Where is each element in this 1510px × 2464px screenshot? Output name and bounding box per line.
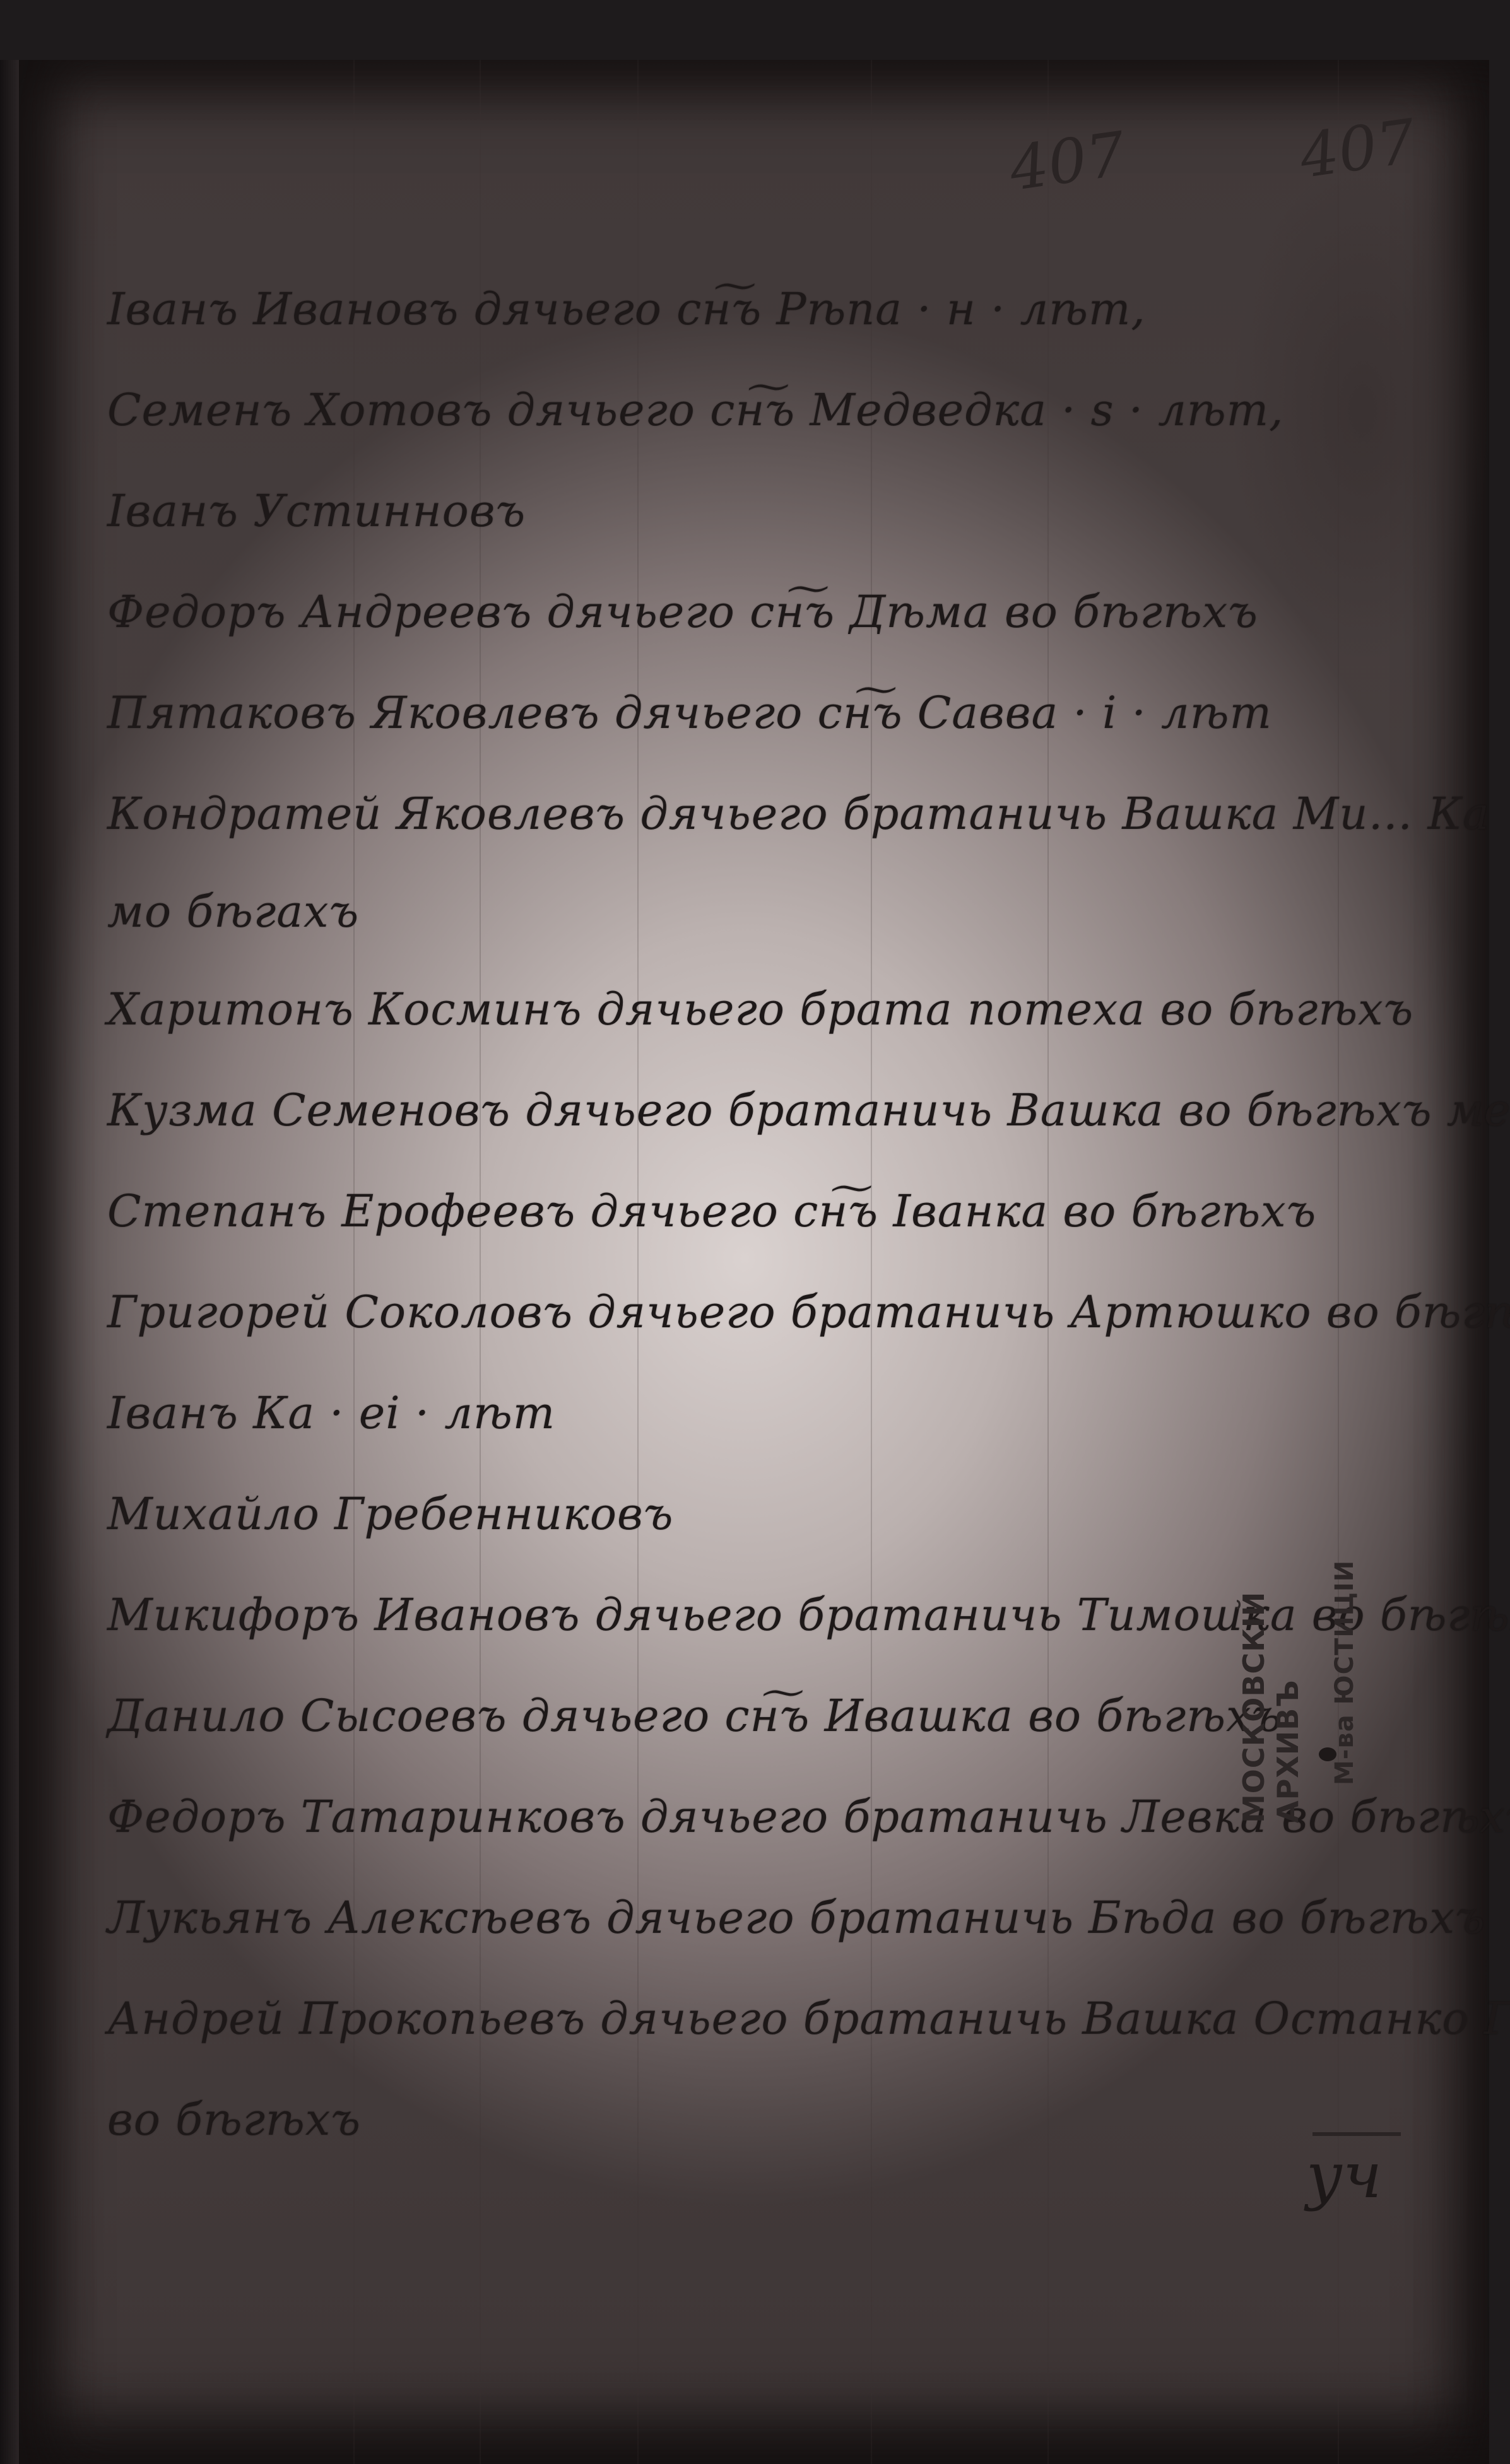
ink-blot <box>1319 1747 1336 1761</box>
manuscript-line: Лукьянъ Алексѣевъ дячьего братаничь Бѣда… <box>107 1867 1306 1968</box>
manuscript-line: Харитонъ Косминъ дячьего брата потеха во… <box>107 959 1306 1060</box>
manuscript-line: Пятаковъ Яковлевъ дячьего сн͠ъ Савва · і… <box>107 662 1306 763</box>
manuscript-line: мо бѣгахъ <box>107 864 1306 959</box>
manuscript-line: Андрей Прокопьевъ дячьего братаничь Вашк… <box>107 1968 1306 2069</box>
manuscript-line: Іванъ Ивановъ дячьего сн͠ъ Рѣпа · н · лѣ… <box>107 259 1306 360</box>
manuscript-line: Степанъ Ерофеевъ дячьего сн͠ъ Іванка во … <box>107 1161 1306 1262</box>
manuscript-line: Кондратей Яковлевъ дячьего братаничь Ваш… <box>107 763 1306 864</box>
manuscript-line: Микифоръ Ивановъ дячьего братаничь Тимош… <box>107 1564 1306 1665</box>
manuscript-text: Іванъ Ивановъ дячьего сн͠ъ Рѣпа · н · лѣ… <box>107 259 1306 2170</box>
manuscript-line: Іванъ Устинновъ <box>107 461 1306 561</box>
marginal-numeral: уч <box>1306 2138 1382 2212</box>
manuscript-line: во бѣгѣхъ <box>107 2069 1306 2170</box>
manuscript-line: Михайло Гребенниковъ <box>107 1464 1306 1564</box>
manuscript-line: Федоръ Андреевъ дячьего сн͠ъ Дѣма во бѣг… <box>107 561 1306 662</box>
binding-edge <box>0 60 19 2464</box>
manuscript-line: Григорей Соколовъ дячьего братаничь Артю… <box>107 1262 1306 1363</box>
archive-stamp-line2: М-ва ЮСТИЦІИ <box>1330 1482 1359 1823</box>
ruling-line <box>1338 60 1339 2464</box>
archive-stamp-line1: МОСКОВСКІЙ АРХИВЪ <box>1237 1482 1305 1823</box>
manuscript-line: Семенъ Хотовъ дячьего сн͠ъ Медведка · ѕ … <box>107 360 1306 461</box>
archive-stamp: МОСКОВСКІЙ АРХИВЪ М-ва ЮСТИЦІИ <box>1237 1482 1350 1823</box>
manuscript-line: Федоръ Татаринковъ дячьего братаничь Лев… <box>107 1766 1306 1867</box>
manuscript-line: Іванъ Ка · еі · лѣт <box>107 1363 1306 1464</box>
manuscript-line: Кузма Семеновъ дячьего братаничь Вашка в… <box>107 1060 1306 1161</box>
manuscript-line: Данило Сысоевъ дячьего сн͠ъ Ивашка во бѣ… <box>107 1665 1306 1766</box>
